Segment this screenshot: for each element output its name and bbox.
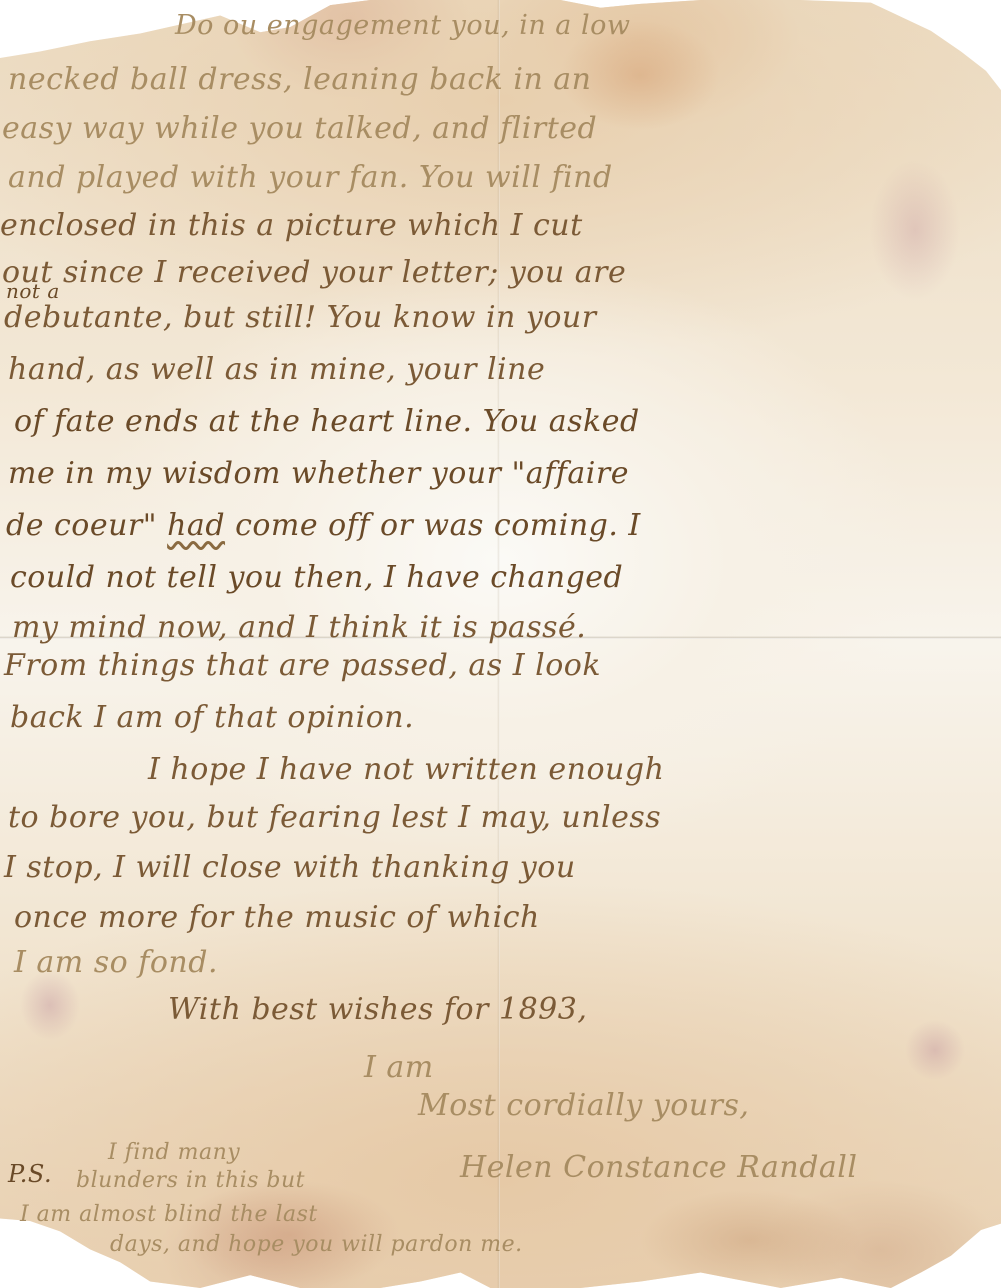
signature: Helen Constance Randall xyxy=(460,1150,857,1185)
stain xyxy=(640,1190,860,1288)
postscript-line: days, and hope you will pardon me. xyxy=(110,1232,523,1257)
letter-line: could not tell you then, I have changed xyxy=(10,560,623,595)
closing-wishes: With best wishes for 1893, xyxy=(168,992,587,1027)
letter-line: I hope I have not written enough xyxy=(148,752,664,787)
letter-line: enclosed in this a picture which I cut xyxy=(0,208,583,243)
stain xyxy=(20,970,80,1040)
text-segment: de coeur" xyxy=(6,508,167,543)
closing-i-am: I am xyxy=(364,1050,434,1085)
letter-line: Do ou engagement you, in a low xyxy=(175,10,630,41)
text-segment: come off or was coming. I xyxy=(225,508,641,543)
letter-line: easy way while you talked, and flirted xyxy=(2,111,597,146)
letter-line: once more for the music of which xyxy=(14,900,540,935)
postscript-label: P.S. xyxy=(8,1160,52,1188)
letter-line: of fate ends at the heart line. You aske… xyxy=(14,404,640,439)
postscript-line: blunders in this but xyxy=(76,1168,305,1193)
letter-line: me in my wisdom whether your "affaire xyxy=(8,456,629,491)
letter-line: debutante, but still! You know in your xyxy=(4,300,597,335)
letter-line: de coeur" had come off or was coming. I xyxy=(6,508,641,543)
letter-line: necked ball dress, leaning back in an xyxy=(8,62,592,97)
letter-line: to bore you, but fearing lest I may, unl… xyxy=(8,800,661,835)
postscript-line: I find many xyxy=(108,1140,240,1165)
letter-line: From things that are passed, as I look xyxy=(4,648,601,683)
postscript-line: I am almost blind the last xyxy=(20,1202,318,1227)
letter-line: my mind now, and I think it is passé. xyxy=(12,610,586,645)
letter-line: I stop, I will close with thanking you xyxy=(4,850,576,885)
letter-line: back I am of that opinion. xyxy=(10,700,414,735)
stain xyxy=(905,1020,965,1080)
closing-salutation: Most cordially yours, xyxy=(418,1088,749,1123)
letter-line: out since I received your letter; you ar… xyxy=(2,255,626,290)
letter-line: and played with your fan. You will find xyxy=(8,160,613,195)
stain xyxy=(870,160,960,300)
letter-line: I am so fond. xyxy=(14,945,218,980)
letter-line: hand, as well as in mine, your line xyxy=(8,352,545,387)
underlined-word: had xyxy=(167,508,225,543)
